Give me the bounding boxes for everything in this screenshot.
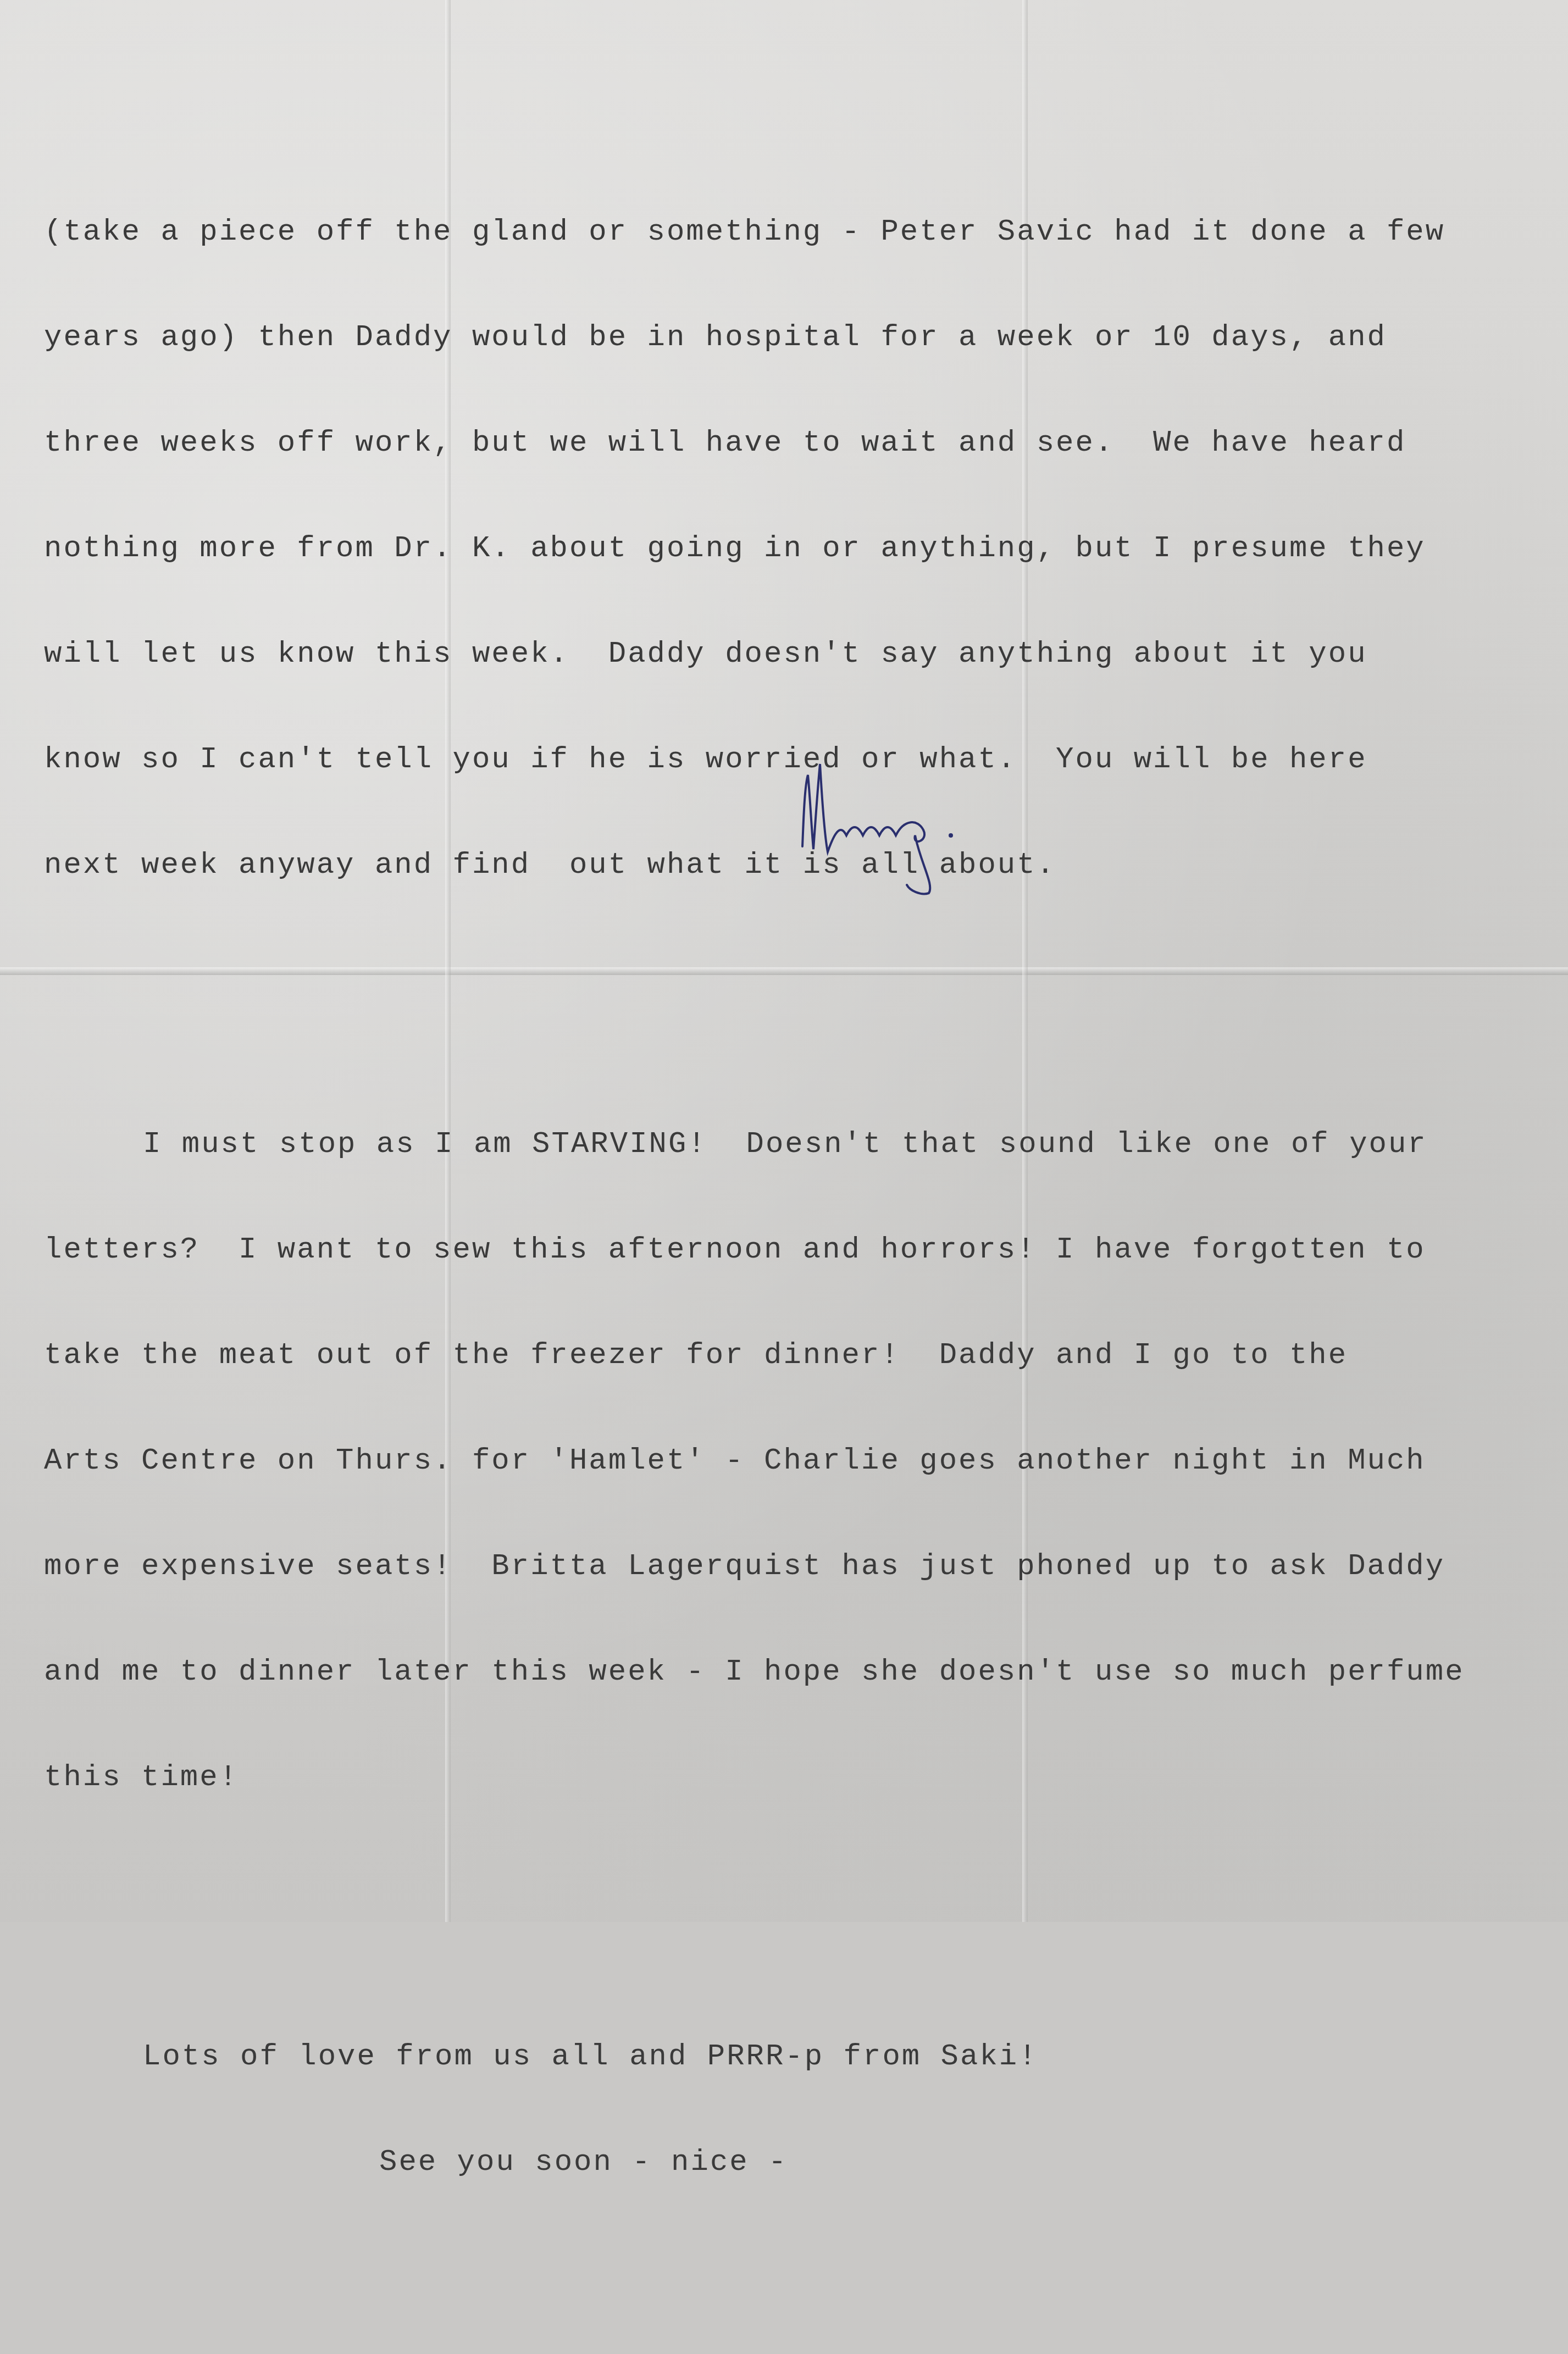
text-line: Arts Centre on Thurs. for 'Hamlet' - Cha… [44, 1444, 1528, 1479]
text-line: and me to dinner later this week - I hop… [44, 1655, 1528, 1690]
text-line: (take a piece off the gland or something… [44, 215, 1528, 250]
handwritten-signature [791, 753, 1055, 896]
text-line: years ago) then Daddy would be in hospit… [44, 320, 1528, 356]
text-line: more expensive seats! Britta Lagerquist … [44, 1549, 1528, 1585]
paragraph-1: (take a piece off the gland or something… [44, 145, 1528, 954]
text-line: take the meat out of the freezer for din… [44, 1338, 1528, 1373]
text-line: letters? I want to sew this afternoon an… [44, 1233, 1528, 1268]
typed-letter-body: (take a piece off the gland or something… [44, 74, 1528, 1922]
text-line: will let us know this week. Daddy doesn'… [44, 637, 1528, 672]
text-line: this time! [44, 1760, 1528, 1796]
text-line: next week anyway and find out what it is… [44, 848, 1528, 883]
paragraph-2: I must stop as I am STARVING! Doesn't th… [44, 1057, 1528, 1866]
text-line: three weeks off work, but we will have t… [44, 426, 1528, 461]
text-line: know so I can't tell you if he is worrie… [44, 743, 1528, 778]
text-line: I must stop as I am STARVING! Doesn't th… [44, 1127, 1528, 1162]
text-line: nothing more from Dr. K. about going in … [44, 531, 1528, 567]
letter-paper: (take a piece off the gland or something… [0, 0, 1568, 1922]
